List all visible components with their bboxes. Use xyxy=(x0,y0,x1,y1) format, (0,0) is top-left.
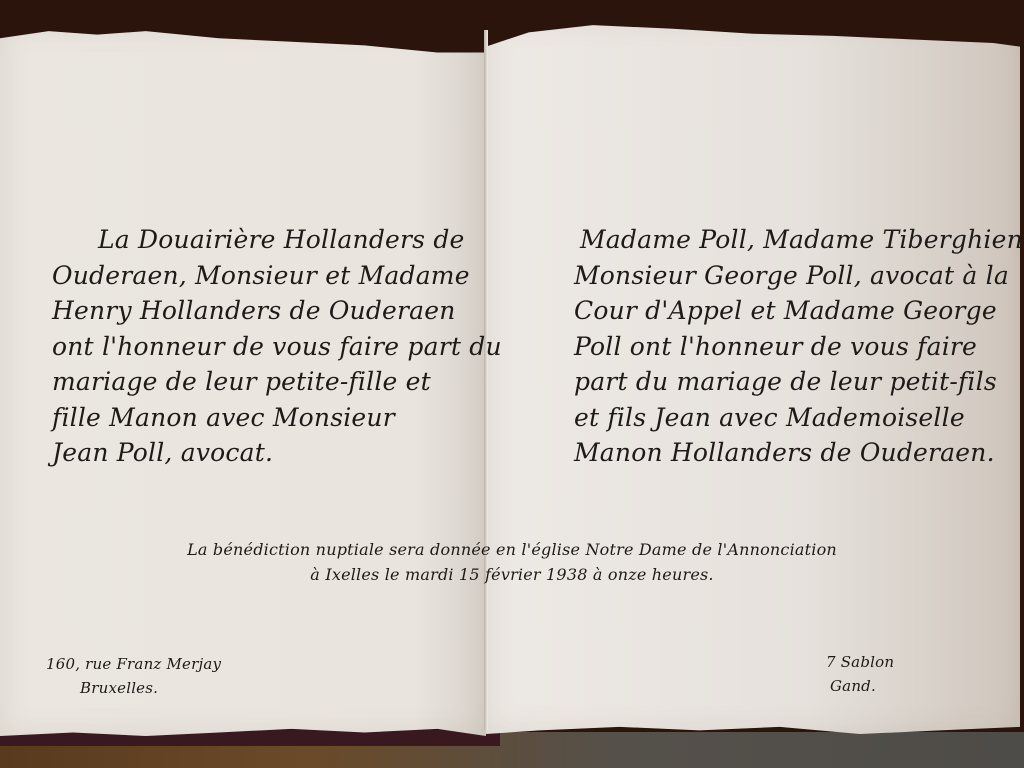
text-line: fille Manon avec Monsieur xyxy=(52,400,502,436)
groom-family-announcement: Madame Poll, Madame Tiberghien, Monsieur… xyxy=(574,222,1024,471)
text-line: Jean Poll, avocat. xyxy=(52,435,502,471)
address-line: 7 Sablon xyxy=(826,650,894,674)
text-line: La Douairière Hollanders de xyxy=(52,222,502,258)
address-line: Gand. xyxy=(826,674,894,698)
ceremony-line: La bénédiction nuptiale sera donnée en l… xyxy=(0,537,1024,562)
ceremony-details: La bénédiction nuptiale sera donnée en l… xyxy=(0,537,1024,587)
bride-family-address: 160, rue Franz Merjay Bruxelles. xyxy=(46,652,221,700)
address-line: 160, rue Franz Merjay xyxy=(46,652,221,676)
text-line: Ouderaen, Monsieur et Madame xyxy=(52,258,502,294)
text-line: ont l'honneur de vous faire part du xyxy=(52,329,502,365)
text-line: Monsieur George Poll, avocat à la xyxy=(574,258,1024,294)
bride-family-announcement: La Douairière Hollanders de Ouderaen, Mo… xyxy=(52,222,502,471)
text-line: et fils Jean avec Mademoiselle xyxy=(574,400,1024,436)
text-line: Madame Poll, Madame Tiberghien, xyxy=(574,222,1024,258)
text-line: part du mariage de leur petit-fils xyxy=(574,364,1024,400)
groom-family-address: 7 Sablon Gand. xyxy=(826,650,894,698)
text-line: mariage de leur petite-fille et xyxy=(52,364,502,400)
text-line: Manon Hollanders de Ouderaen. xyxy=(574,435,1024,471)
text-line: Cour d'Appel et Madame George xyxy=(574,293,1024,329)
text-line: Poll ont l'honneur de vous faire xyxy=(574,329,1024,365)
text-line: Henry Hollanders de Ouderaen xyxy=(52,293,502,329)
ceremony-line: à Ixelles le mardi 15 février 1938 à onz… xyxy=(0,562,1024,587)
address-line: Bruxelles. xyxy=(46,676,221,700)
